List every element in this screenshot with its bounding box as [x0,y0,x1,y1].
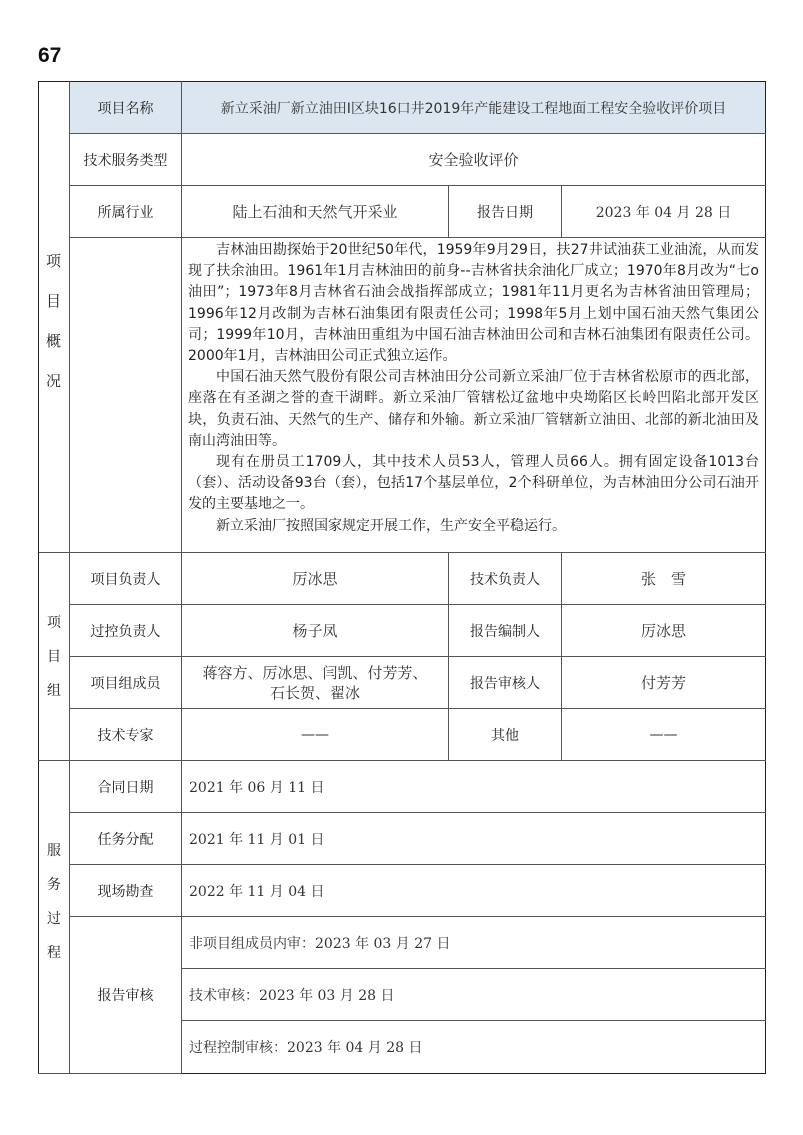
service-type-label: 技术服务类型 [70,134,182,186]
site-survey-label: 现场勘查 [70,865,182,917]
project-info-table: 项目名称 新立采油厂新立油田Ⅰ区块16口井2019年产能建设工程地面工程安全验收… [38,81,766,1074]
page-number: 67 [38,44,61,68]
service-process-group-label: 服 务 过 程 [39,761,70,1074]
overview-label-cell [70,238,182,553]
overview-text: 吉林油田勘探始于20世纪50年代，1959年9月29日，扶27井试油获工业油流，… [182,238,766,553]
report-author-value: 厉冰思 [562,605,766,657]
project-name-label: 项目名称 [70,82,182,134]
row-overview: 吉林油田勘探始于20世纪50年代，1959年9月29日，扶27井试油获工业油流，… [39,238,766,553]
project-lead-label: 项目负责人 [70,553,182,605]
team-members-value: 蒋容方、厉冰思、闫凯、付芳芳、 石长贺、翟冰 [182,657,449,709]
report-date-label: 报告日期 [449,186,562,238]
report-reviewer-value: 付芳芳 [562,657,766,709]
service-process-row: 现场勘查 2022 年 11 月 04 日 [39,865,766,917]
tech-lead-label: 技术负责人 [449,553,562,605]
report-review-label: 报告审核 [70,917,182,1074]
service-process-row: 任务分配 2021 年 11 月 01 日 [39,813,766,865]
team-members-label: 项目组成员 [70,657,182,709]
overview-paragraph: 新立采油厂按照国家规定开展工作，生产安全平稳运行。 [188,516,759,537]
report-reviewer-label: 报告审核人 [449,657,562,709]
project-lead-value: 厉冰思 [182,553,449,605]
tech-lead-value: 张 雪 [562,553,766,605]
report-review-row: 报告审核 非项目组成员内审：2023 年 03 月 27 日 [39,917,766,969]
report-author-label: 报告编制人 [449,605,562,657]
project-name-value: 新立采油厂新立油田Ⅰ区块16口井2019年产能建设工程地面工程安全验收评价项目 [182,82,766,134]
industry-label: 所属行业 [70,186,182,238]
row-project-name: 项目名称 新立采油厂新立油田Ⅰ区块16口井2019年产能建设工程地面工程安全验收… [39,82,766,134]
process-control-lead-value: 杨子凤 [182,605,449,657]
project-group-row: 过控负责人 杨子凤 报告编制人 厉冰思 [39,605,766,657]
tech-expert-value: —— [182,709,449,761]
other-value: —— [562,709,766,761]
contract-date-label: 合同日期 [70,761,182,813]
site-survey-value: 2022 年 11 月 04 日 [182,865,766,917]
overview-group-label: 项 目 概 况 [38,237,69,401]
project-group-row: 项 目 组 项目负责人 厉冰思 技术负责人 张 雪 [39,553,766,605]
project-group-row: 技术专家 —— 其他 —— [39,709,766,761]
row-industry: 所属行业 陆上石油和天然气开采业 报告日期 2023 年 04 月 28 日 [39,186,766,238]
process-control-lead-label: 过控负责人 [70,605,182,657]
technical-review-value: 技术审核：2023 年 03 月 28 日 [182,969,766,1021]
service-type-value: 安全验收评价 [182,134,766,186]
overview-paragraph: 现有在册员工1709人，其中技术人员53人，管理人员66人。拥有固定设备1013… [188,452,759,516]
internal-review-value: 非项目组成员内审：2023 年 03 月 27 日 [182,917,766,969]
tech-expert-label: 技术专家 [70,709,182,761]
overview-paragraph: 吉林油田勘探始于20世纪50年代，1959年9月29日，扶27井试油获工业油流，… [188,240,759,367]
service-process-row: 服 务 过 程 合同日期 2021 年 06 月 11 日 [39,761,766,813]
report-date-value: 2023 年 04 月 28 日 [562,186,766,238]
contract-date-value: 2021 年 06 月 11 日 [182,761,766,813]
project-group-label: 项 目 组 [39,553,70,761]
industry-value: 陆上石油和天然气开采业 [182,186,449,238]
task-assignment-value: 2021 年 11 月 01 日 [182,813,766,865]
row-service-type: 技术服务类型 安全验收评价 [39,134,766,186]
process-control-review-value: 过程控制审核：2023 年 04 月 28 日 [182,1021,766,1074]
other-label: 其他 [449,709,562,761]
overview-paragraph: 中国石油天然气股份有限公司吉林油田分公司新立采油厂位于吉林省松原市的西北部，座落… [188,367,759,452]
project-group-row: 项目组成员 蒋容方、厉冰思、闫凯、付芳芳、 石长贺、翟冰 报告审核人 付芳芳 [39,657,766,709]
task-assignment-label: 任务分配 [70,813,182,865]
